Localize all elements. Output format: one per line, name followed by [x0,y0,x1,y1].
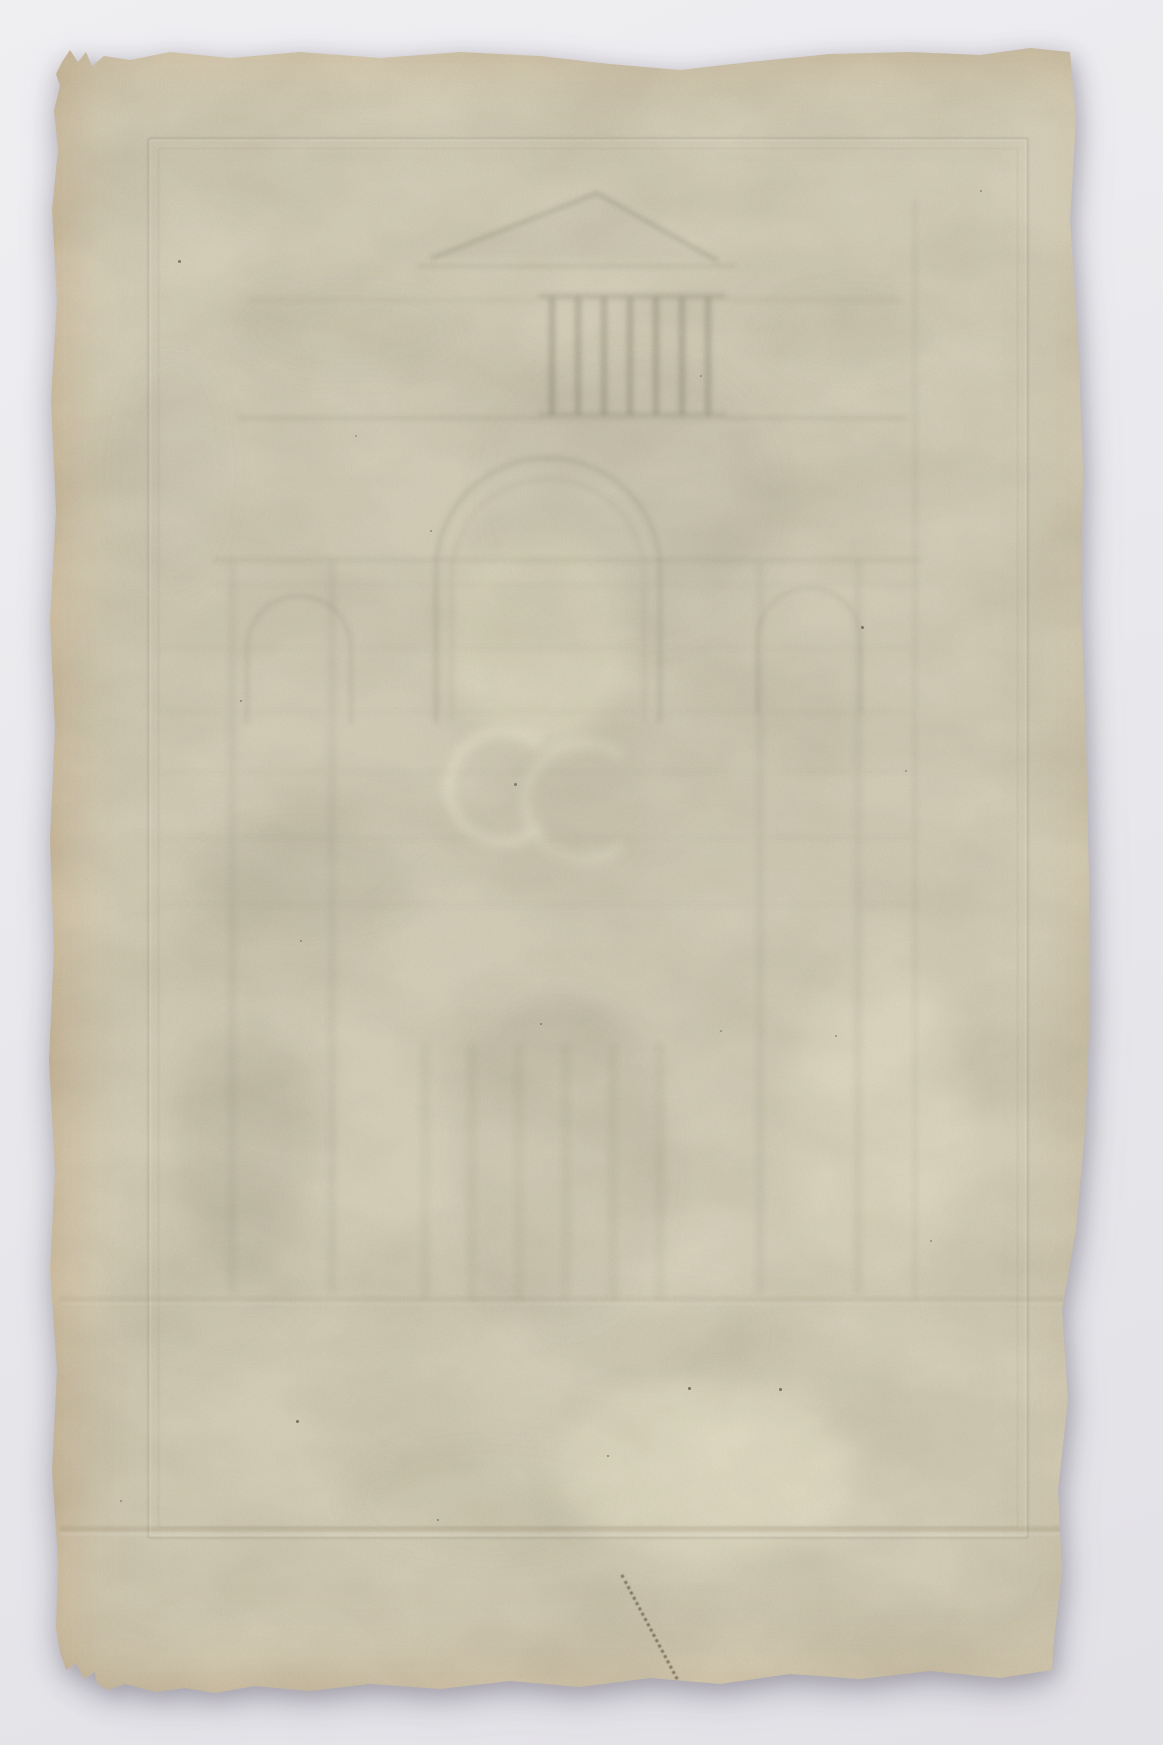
ghost-architecture [160,193,918,1300]
fly-speck [437,1519,439,1521]
fly-speck [700,375,702,377]
ghost-crescents [449,731,622,859]
fly-speck [930,1240,932,1242]
fly-speck [296,1420,299,1423]
fly-speck [905,770,907,772]
ghost-pediment [432,193,716,260]
ghost-arch-right [757,588,861,712]
ghost-lower-columns [425,1048,660,1295]
plate-mark-impression [148,138,1028,1538]
fly-speck [178,260,181,263]
paper-mottle-texture [0,0,1163,1745]
paper-sheet [0,0,1163,1745]
fly-speck [430,530,432,532]
paper-grain-texture [0,0,1163,1745]
paper-burnt-edges [0,0,1163,1745]
ghost-image-svg [0,0,1163,1745]
crease-line [60,1526,1091,1536]
ghost-arch-left [247,596,351,722]
ghost-arch-center [436,458,660,720]
fly-speck [514,783,517,786]
fly-speck [355,435,357,437]
crease-line-faint [60,1296,1091,1306]
fly-speck [240,700,242,702]
paper-shadow [0,0,1163,1745]
ghost-light-patches [450,530,970,1560]
paper-edge-toning [0,0,1163,1745]
fly-speck [720,1030,722,1032]
photo-backdrop [0,0,1163,1745]
fly-speck [980,190,982,192]
fly-speck [779,1388,782,1391]
fly-speck [607,1455,609,1457]
ghost-colonnade [552,300,708,412]
plate-mark-inner-line [158,148,1018,1528]
scratch-dotted-line [620,1574,678,1680]
fly-speck [861,626,864,629]
ghost-pilasters [232,565,858,1290]
fly-speck [300,940,302,942]
ghost-stains [110,285,935,1560]
fly-speck [835,1035,837,1037]
fly-speck [120,1500,122,1502]
fly-speck [540,1023,542,1025]
fly-speck [688,1387,691,1390]
ghost-wall-courses [160,648,915,905]
